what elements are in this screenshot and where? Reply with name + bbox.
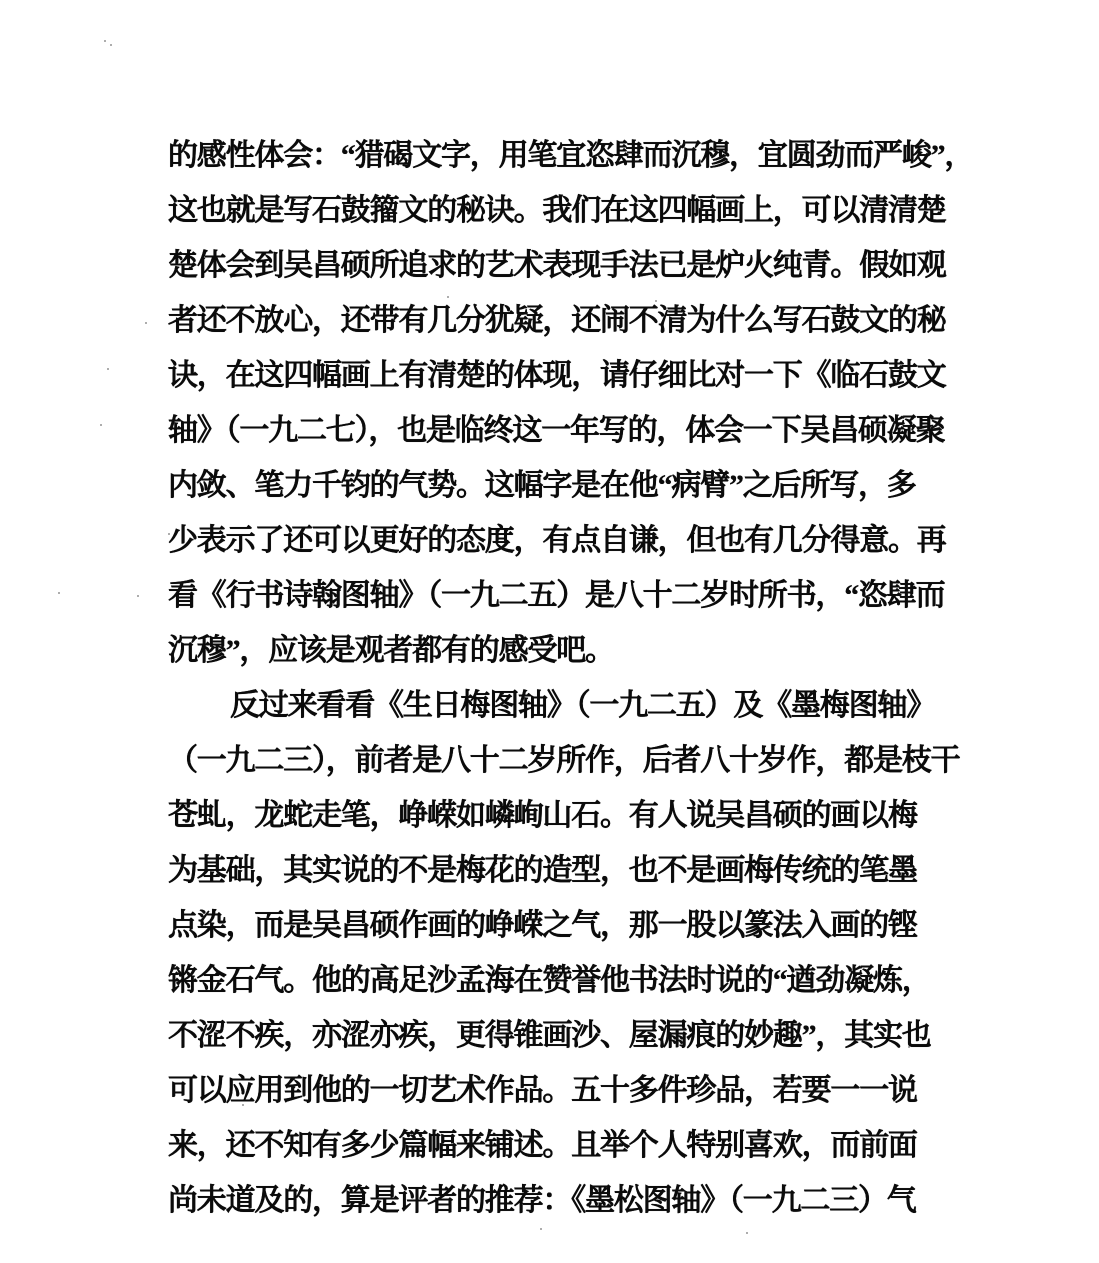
text-line: 这也就是写石鼓籀文的秘诀。我们在这四幅画上，可以清清楚 (168, 183, 958, 238)
scan-speck (58, 592, 60, 594)
text-line: 尚未道及的，算是评者的推荐：《墨松图轴》（一九二三）气 (168, 1173, 958, 1228)
text-line: （一九二三），前者是八十二岁所作，后者八十岁作，都是枝干 (168, 733, 958, 788)
scanned-page: 的感性体会：“猎碣文字，用笔宜恣肆而沉穆，宜圆劲而严峻”，这也就是写石鼓籀文的秘… (0, 0, 1099, 1263)
scan-speck (168, 533, 170, 535)
scan-speck (104, 40, 106, 42)
text-line: 为基础，其实说的不是梅花的造型，也不是画梅传统的笔墨 (168, 843, 958, 898)
text-line: 点染，而是吴昌硕作画的峥嵘之气，那一股以篆法入画的铿 (168, 898, 958, 953)
text-line: 苍虬，龙蛇走笔，峥嵘如嶙峋山石。有人说吴昌硕的画以梅 (168, 788, 958, 843)
scan-speck (242, 1104, 244, 1106)
scan-speck (560, 644, 562, 646)
text-line: 锵金石气。他的高足沙孟海在赞誉他书法时说的“遒劲凝炼， (168, 953, 958, 1008)
scan-speck (655, 300, 657, 302)
scan-speck (762, 748, 764, 750)
text-line: 来，还不知有多少篇幅来铺述。且举个人特别喜欢，而前面 (168, 1118, 958, 1173)
text-line: 内敛、笔力千钧的气势。这幅字是在他“病臂”之后所写，多 (168, 458, 958, 513)
text-line: 可以应用到他的一切艺术作品。五十多件珍品，若要一一说 (168, 1063, 958, 1118)
text-line: 沉穆”，应该是观者都有的感受吧。 (168, 623, 958, 678)
scan-speck (746, 1232, 748, 1234)
scan-speck (908, 1046, 910, 1048)
scan-speck (540, 1228, 542, 1230)
text-line: 少表示了还可以更好的态度，有点自谦，但也有几分得意。再 (168, 513, 958, 568)
scan-speck (137, 595, 139, 597)
text-line: 诀，在这四幅画上有清楚的体现，请仔细比对一下《临石鼓文 (168, 348, 958, 403)
scan-speck (145, 322, 147, 324)
text-line: 者还不放心，还带有几分犹疑，还闹不清为什么写石鼓文的秘 (168, 293, 958, 348)
scan-speck (100, 424, 102, 426)
scan-speck (447, 296, 449, 298)
text-line: 反过来看看《生日梅图轴》（一九二五）及《墨梅图轴》 (168, 678, 958, 733)
text-block: 的感性体会：“猎碣文字，用笔宜恣肆而沉穆，宜圆劲而严峻”，这也就是写石鼓籀文的秘… (168, 128, 958, 1228)
text-line: 的感性体会：“猎碣文字，用笔宜恣肆而沉穆，宜圆劲而严峻”， (168, 128, 958, 183)
text-line: 看《行书诗翰图轴》（一九二五）是八十二岁时所书，“恣肆而 (168, 568, 958, 623)
scan-speck (107, 368, 109, 370)
text-line: 不涩不疾，亦涩亦疾，更得锥画沙、屋漏痕的妙趣”，其实也 (168, 1008, 958, 1063)
text-line: 楚体会到吴昌硕所追求的艺术表现手法已是炉火纯青。假如观 (168, 238, 958, 293)
scan-speck (110, 44, 112, 46)
text-line: 轴》（一九二七），也是临终这一年写的，体会一下吴昌硕凝聚 (168, 403, 958, 458)
